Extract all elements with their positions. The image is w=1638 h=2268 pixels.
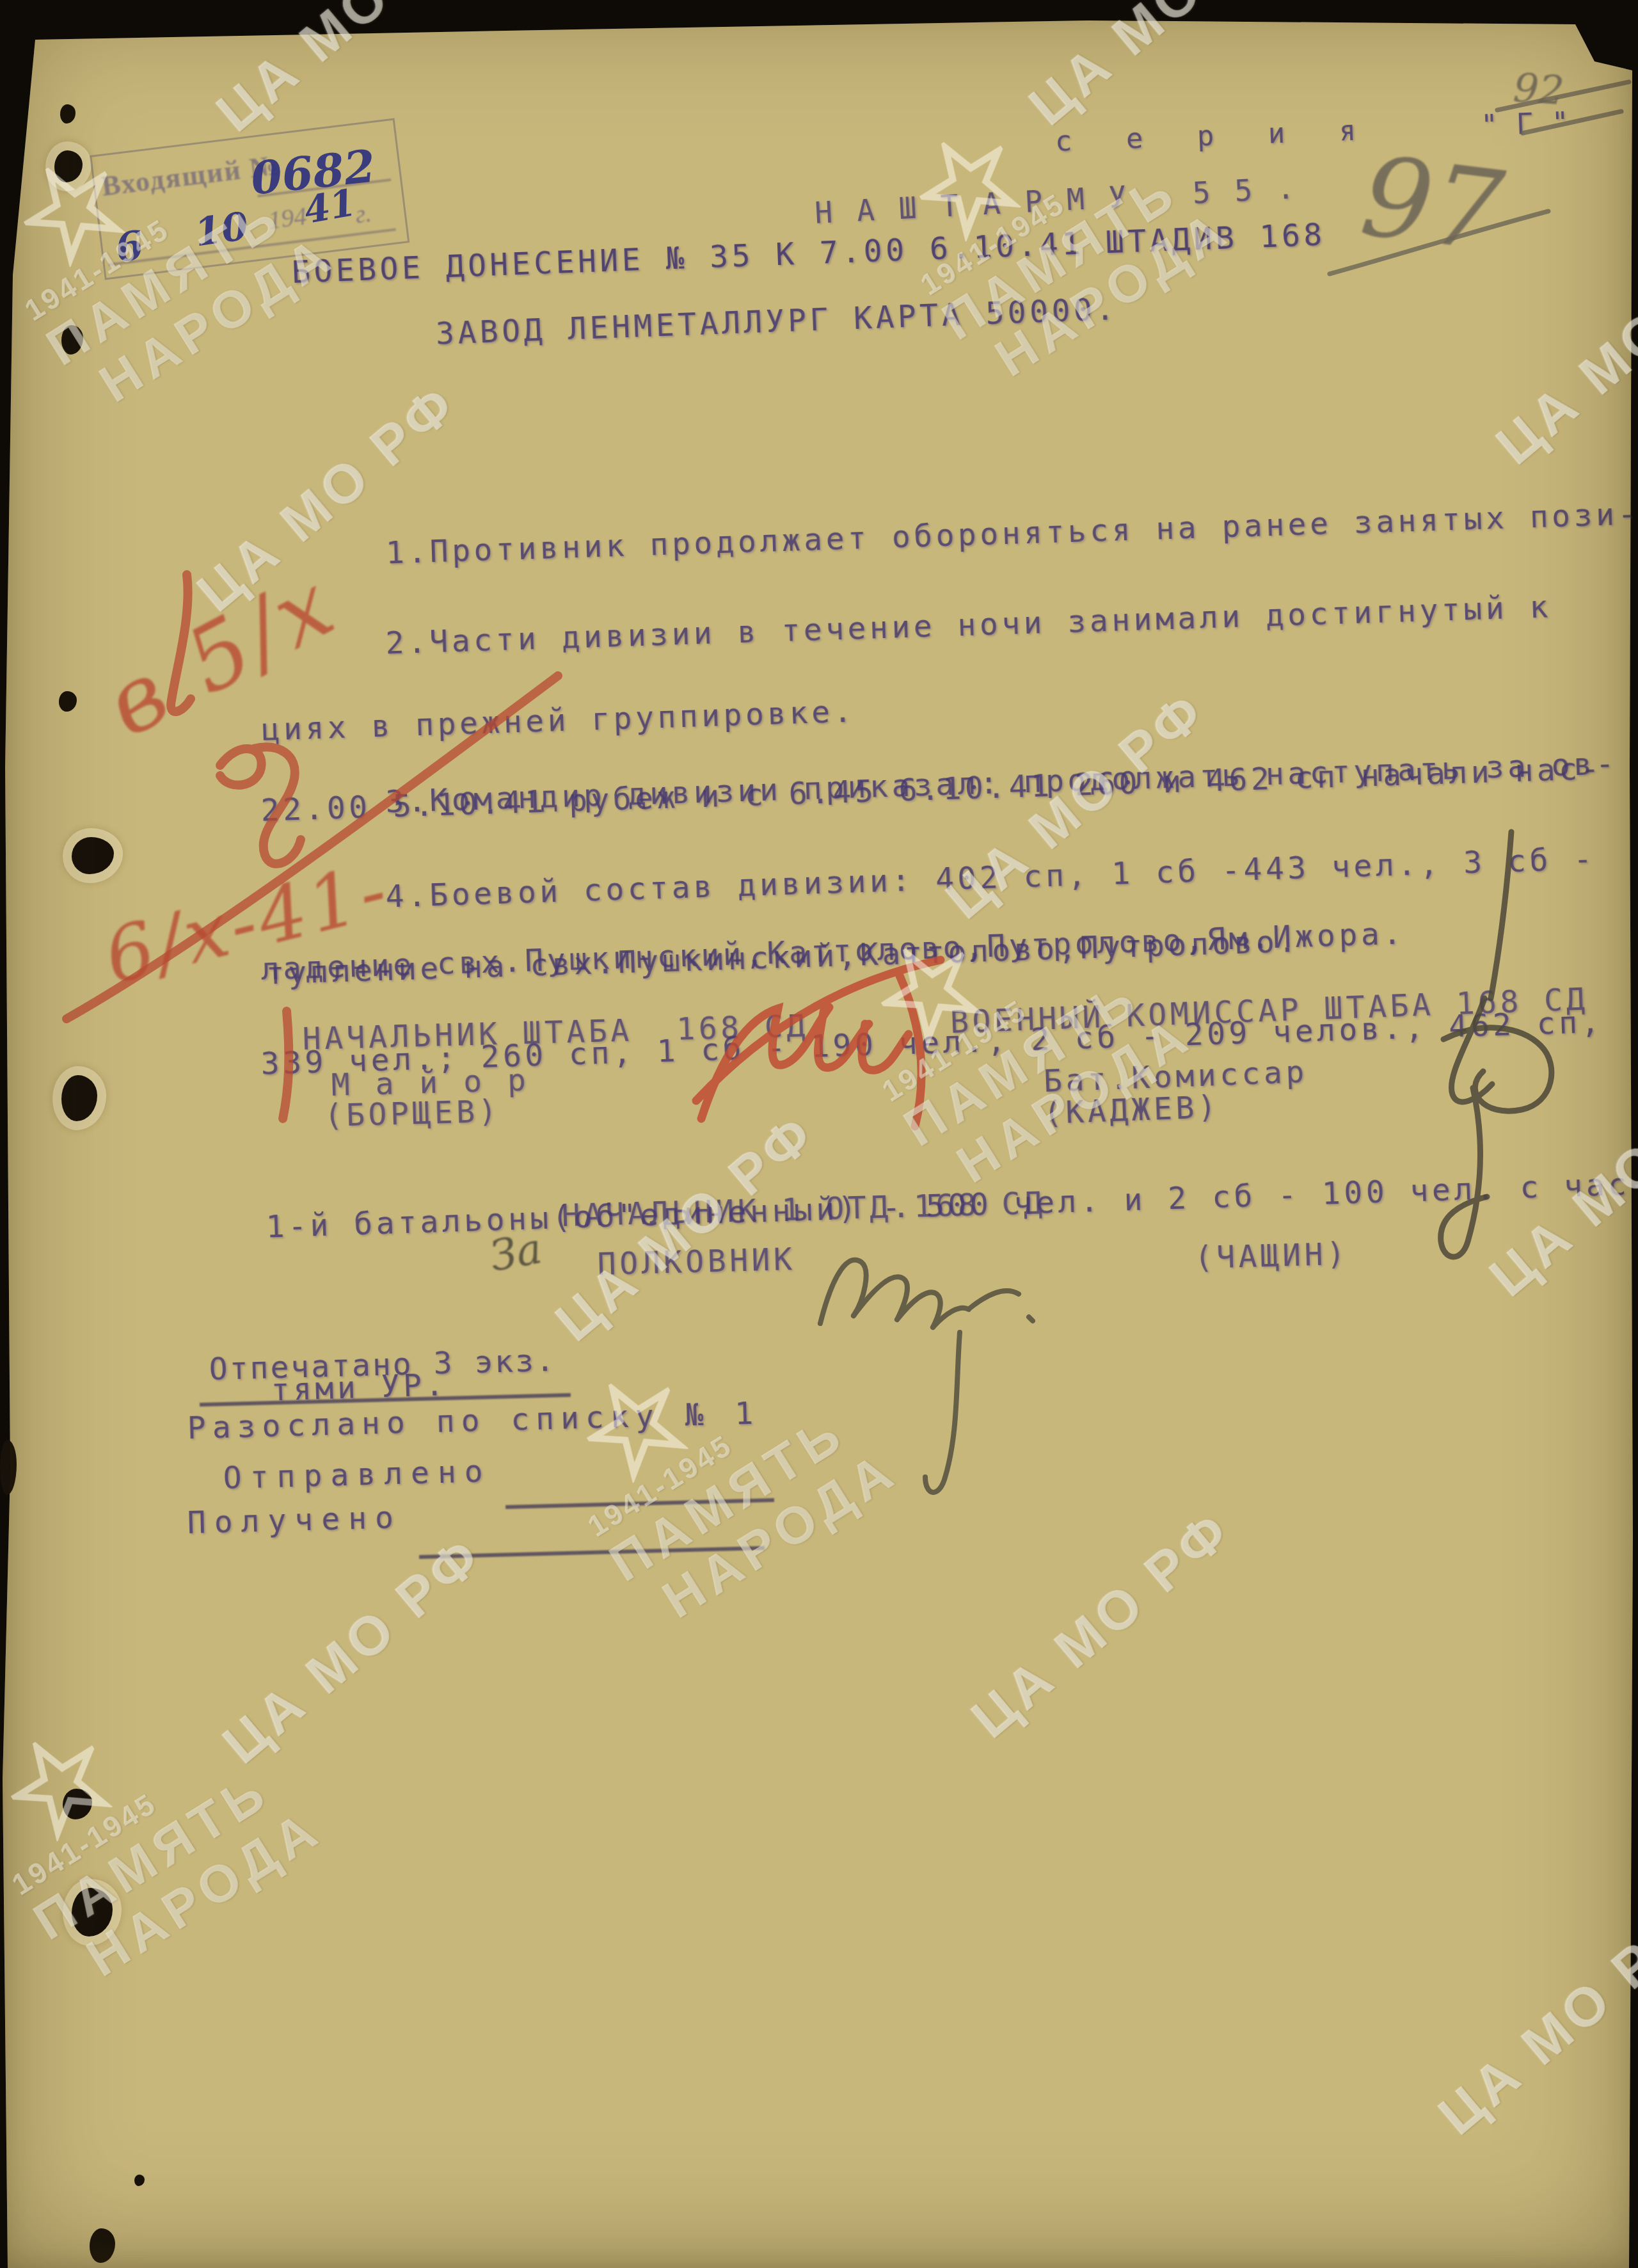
first-dept-chief-name: (ЧАЩИН) — [1194, 1236, 1349, 1276]
received-label: Получено — [187, 1499, 402, 1541]
scanned-document-page: { "page": { "old_page_number": "92", "pa… — [0, 0, 1638, 2268]
old-page-number: 92 — [1512, 64, 1566, 114]
sent-label: Отправлено — [223, 1453, 491, 1496]
handwritten-za: За — [486, 1224, 546, 1281]
page-number: 97 — [1355, 132, 1510, 276]
chief-of-staff-name: (БОРЩЕВ) — [324, 1094, 501, 1134]
